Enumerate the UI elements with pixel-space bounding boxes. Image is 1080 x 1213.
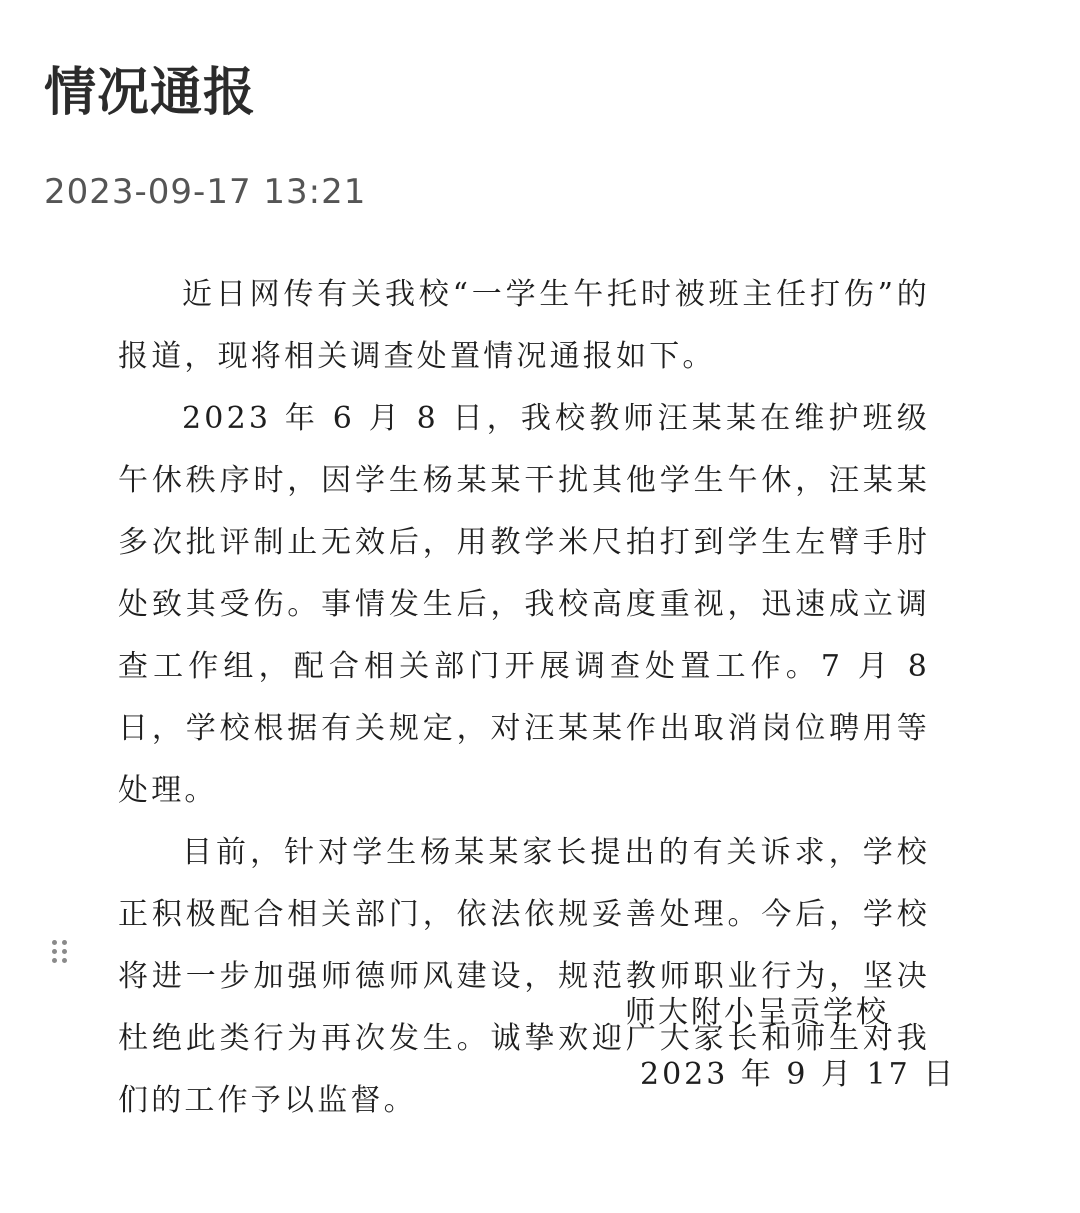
paragraph-incident: 2023 年 6 月 8 日，我校教师汪某某在维护班级午休秩序时，因学生杨某某干… bbox=[118, 388, 930, 822]
publish-timestamp: 2023-09-17 13:21 bbox=[44, 168, 366, 216]
drag-handle-icon[interactable] bbox=[52, 940, 70, 966]
paragraph-intro: 近日网传有关我校“一学生午托时被班主任打伤”的报道，现将相关调查处置情况通报如下… bbox=[118, 264, 930, 388]
signature-date: 2023 年 9 月 17 日 bbox=[640, 1044, 1080, 1106]
page-title: 情况通报 bbox=[44, 58, 256, 128]
signature-organization: 师大附小呈贡学校 bbox=[625, 982, 1080, 1044]
